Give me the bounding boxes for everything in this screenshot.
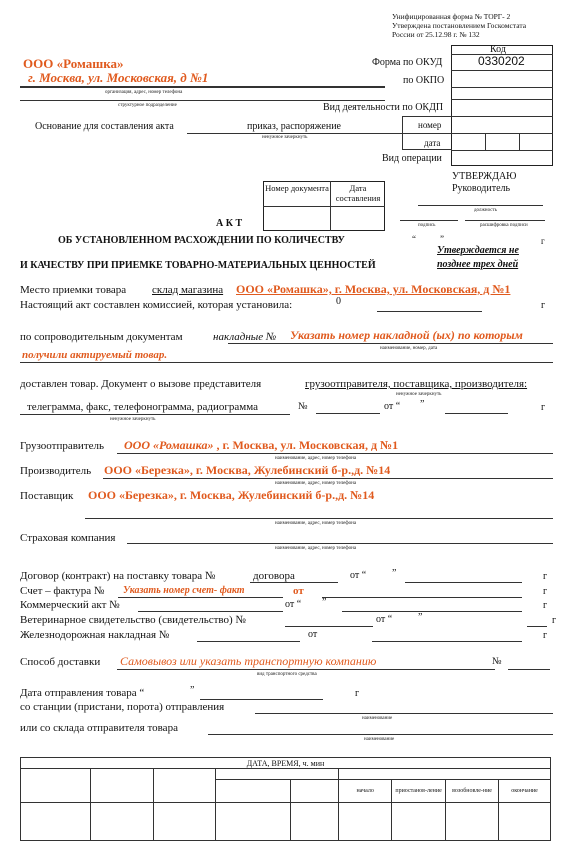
table-cell[interactable] <box>339 803 392 841</box>
table-cell[interactable] <box>90 769 153 803</box>
rail-date-field[interactable] <box>372 641 522 642</box>
year-suffix: г <box>541 402 545 413</box>
caption: организация, адрес, номер телефона <box>105 90 182 95</box>
table-cell[interactable] <box>90 803 153 841</box>
delivered-value[interactable]: грузоотправителя, поставщика, производит… <box>305 378 527 390</box>
quote: ” <box>420 399 424 410</box>
commercial-number-field[interactable] <box>138 611 283 612</box>
name-field[interactable] <box>465 220 545 221</box>
invoice-label: Счет – фактура № <box>20 585 104 597</box>
caption: наименование, адрес, номер телефона <box>275 546 356 551</box>
caption: наименование, адрес, номер телефона <box>275 521 356 526</box>
divider <box>451 150 553 151</box>
table-cell[interactable] <box>215 780 291 803</box>
invoice-value[interactable]: Указать номер счет- факт <box>123 585 245 596</box>
caption: подпись <box>418 223 435 228</box>
invoice-date-field[interactable] <box>322 597 522 598</box>
datetime-table: ДАТА, ВРЕМЯ, ч. мин начало приостанов-ле… <box>20 757 551 841</box>
basis-line <box>187 133 402 134</box>
okpo-field[interactable] <box>451 87 553 88</box>
year-suffix: г <box>543 571 547 582</box>
doc-number-header: Номер документа <box>265 183 329 193</box>
caption: наименование <box>364 737 394 742</box>
num-sign: № <box>492 656 502 667</box>
from-label: от “ <box>285 599 301 610</box>
from-label: от “ <box>384 401 400 412</box>
act-title: ОБ УСТАНОВЛЕННОМ РАСХОЖДЕНИИ ПО КОЛИЧЕСТ… <box>58 235 345 246</box>
doc-date-header: Дата составления <box>331 183 385 203</box>
delivery-method-value[interactable]: Самовывоз или указать транспортную компа… <box>120 654 376 669</box>
year-suffix: г <box>552 615 556 626</box>
warehouse-field[interactable] <box>208 734 553 735</box>
caption: наименование, номер, дата <box>380 346 437 351</box>
commission-label: Настоящий акт составлен комиссией, котор… <box>20 299 292 311</box>
number-field[interactable] <box>402 133 553 134</box>
ship-date-label: Дата отправления товара “ <box>20 687 144 699</box>
quote: ” <box>322 597 326 608</box>
table-cell[interactable] <box>21 769 91 803</box>
call-number-field[interactable] <box>316 413 380 414</box>
contract-value[interactable]: договора <box>253 570 295 582</box>
basis-label: Основание для составления акта <box>35 121 174 132</box>
act-title: И КАЧЕСТВУ ПРИ ПРИЕМКЕ ТОВАРНО-МАТЕРИАЛЬ… <box>20 260 376 271</box>
table-cell[interactable] <box>392 803 446 841</box>
approve-note: позднее трех дней <box>437 259 518 270</box>
datetime-header: ДАТА, ВРЕМЯ, ч. мин <box>21 758 551 769</box>
shipper-name: ООО «Ромашка» <box>124 438 213 452</box>
rail-label: Железнодорожная накладная № <box>20 629 169 641</box>
table-cell[interactable] <box>291 780 339 803</box>
delivered-label: доставлен товар. Документ о вызове предс… <box>20 378 261 390</box>
commission-value[interactable]: 0 <box>336 296 341 307</box>
warehouse-label: или со склада отправителя товара <box>20 722 178 734</box>
caption: должность <box>474 208 497 213</box>
okdp-field[interactable] <box>451 116 553 117</box>
from-label: от “ <box>350 570 366 581</box>
delivery-method-label: Способ доставки <box>20 656 100 668</box>
year-suffix: г <box>541 300 545 311</box>
divider <box>263 206 385 207</box>
form-line: Утверждена постановлением Госкомстата <box>392 21 526 30</box>
table-cell[interactable] <box>21 803 91 841</box>
table-cell[interactable] <box>291 803 339 841</box>
operation-label: Вид операции <box>382 153 442 164</box>
caption: ненужное зачеркнуть <box>110 417 155 422</box>
act-title: А К Т <box>216 218 242 229</box>
dept-line[interactable] <box>20 100 385 101</box>
from-label: от <box>308 629 317 640</box>
caption: наименование <box>362 716 392 721</box>
quote: ” <box>440 234 444 244</box>
year-suffix: г <box>543 586 547 597</box>
quote: ” <box>392 568 396 579</box>
table-cell[interactable] <box>498 803 550 841</box>
caption: расшифровка подписи <box>480 223 528 228</box>
table-cell[interactable] <box>446 803 499 841</box>
col-resume: возобновле-ние <box>446 780 499 803</box>
supplier-line <box>85 518 553 519</box>
shipper-value[interactable]: ООО «Ромашка» , г. Москва, ул. Московска… <box>124 438 398 453</box>
vehicle-number-field[interactable] <box>508 669 550 670</box>
org-address: г. Москва, ул. Московская, д №1 <box>28 70 208 86</box>
commission-date-field[interactable] <box>377 311 482 312</box>
supplier-value[interactable]: ООО «Березка», г. Москва, Жулебинский б-… <box>88 488 374 503</box>
table-cell[interactable] <box>153 769 215 803</box>
col-start: начало <box>339 780 392 803</box>
delivery-line <box>117 669 495 670</box>
year-suffix: г <box>355 688 359 699</box>
divider <box>451 70 553 71</box>
vet-number-field[interactable] <box>285 626 373 627</box>
vet-date-field[interactable] <box>527 626 547 627</box>
num-sign: № <box>298 401 308 412</box>
divider <box>451 99 553 100</box>
docs-line <box>228 343 553 344</box>
invoice-from: от <box>293 585 304 597</box>
caption: наименование, адрес, номер телефона <box>275 481 356 486</box>
okud-value[interactable]: 0330202 <box>478 54 525 68</box>
place-label: Место приемки товара <box>20 284 126 296</box>
okud-label: Форма по ОКУД <box>372 57 442 68</box>
doc-date-field[interactable] <box>332 208 384 230</box>
contract-label: Договор (контракт) на поставку товара № <box>20 570 215 582</box>
insurance-field[interactable] <box>127 543 553 544</box>
station-label: со станции (пристани, порота) отправлени… <box>20 701 224 713</box>
approve-role: Руководитель <box>452 183 510 194</box>
position-field[interactable] <box>418 205 543 206</box>
number-label: номер <box>418 120 441 130</box>
doc-number-field[interactable] <box>265 208 329 230</box>
quote: ” <box>190 685 194 696</box>
place-value[interactable]: ООО «Ромашка», г. Москва, ул. Московская… <box>236 282 510 297</box>
org-line <box>20 86 385 88</box>
means-value[interactable]: телеграмма, факс, телефонограмма, радиог… <box>27 401 258 413</box>
docs-label: по сопроводительным документам <box>20 331 183 343</box>
table-cell[interactable] <box>153 803 215 841</box>
year-suffix: г <box>541 236 545 246</box>
okdp-label: Вид деятельности по ОКДП <box>323 102 443 113</box>
table-cell <box>215 769 339 780</box>
contract-date-field[interactable] <box>405 582 522 583</box>
table-cell <box>339 769 551 780</box>
form-line: России от 25.12.98 г. № 132 <box>392 30 526 39</box>
date-label: дата <box>424 138 440 148</box>
date-field[interactable] <box>485 134 520 150</box>
from-label: от “ <box>376 614 392 625</box>
vet-label: Ветеринарное свидетельство (свидетельств… <box>20 614 246 626</box>
col-pause: приостанов-ление <box>392 780 446 803</box>
means-line <box>20 414 290 415</box>
basis-value[interactable]: приказ, распоряжение <box>247 121 341 132</box>
shipper-label: Грузоотправитель <box>20 440 104 452</box>
rail-number-field[interactable] <box>197 641 300 642</box>
producer-value[interactable]: ООО «Березка», г. Москва, Жулебинский б-… <box>104 463 390 478</box>
form-line: Унифицированная форма № ТОРГ- 2 <box>392 12 526 21</box>
table-cell[interactable] <box>215 803 291 841</box>
approve-note: Утверждается не <box>437 245 519 256</box>
signature-field[interactable] <box>400 220 458 221</box>
quote: “ <box>412 234 416 244</box>
insurance-label: Страховая компания <box>20 532 115 544</box>
shipper-address: , г. Москва, ул. Московская, д №1 <box>213 438 398 452</box>
docs-value[interactable]: получили актируемый товар. <box>22 349 167 361</box>
form-reference: Унифицированная форма № ТОРГ- 2 Утвержде… <box>392 12 526 39</box>
place-prefix[interactable]: склад магазина <box>152 284 223 296</box>
approve-title: УТВЕРЖДАЮ <box>452 171 516 182</box>
producer-line <box>103 478 553 479</box>
contract-line <box>250 582 338 583</box>
caption: ненужное зачеркнуть <box>262 135 307 140</box>
okpo-label: по ОКПО <box>403 75 444 86</box>
caption: структурное подразделение <box>118 103 177 108</box>
station-field[interactable] <box>255 713 553 714</box>
ship-date-field[interactable] <box>200 699 323 700</box>
year-suffix: г <box>543 630 547 641</box>
caption: вид транспортного средства <box>257 672 317 677</box>
docs-value[interactable]: Указать номер накладной (ых) по которым <box>290 328 523 343</box>
producer-label: Производитель <box>20 465 91 477</box>
col-end: окончание <box>498 780 550 803</box>
supplier-label: Поставщик <box>20 490 73 502</box>
year-suffix: г <box>543 600 547 611</box>
shipper-line <box>117 453 553 454</box>
commercial-date-field[interactable] <box>342 611 522 612</box>
commercial-label: Коммерческий акт № <box>20 599 120 611</box>
call-date-field[interactable] <box>445 413 508 414</box>
docs-prefix: накладные № <box>213 331 276 343</box>
docs-line <box>20 362 553 363</box>
invoice-line <box>118 597 283 598</box>
caption: наименование, адрес, номер телефона <box>275 456 356 461</box>
quote: ” <box>418 612 422 623</box>
caption: ненужное зачеркнуть <box>396 392 441 397</box>
